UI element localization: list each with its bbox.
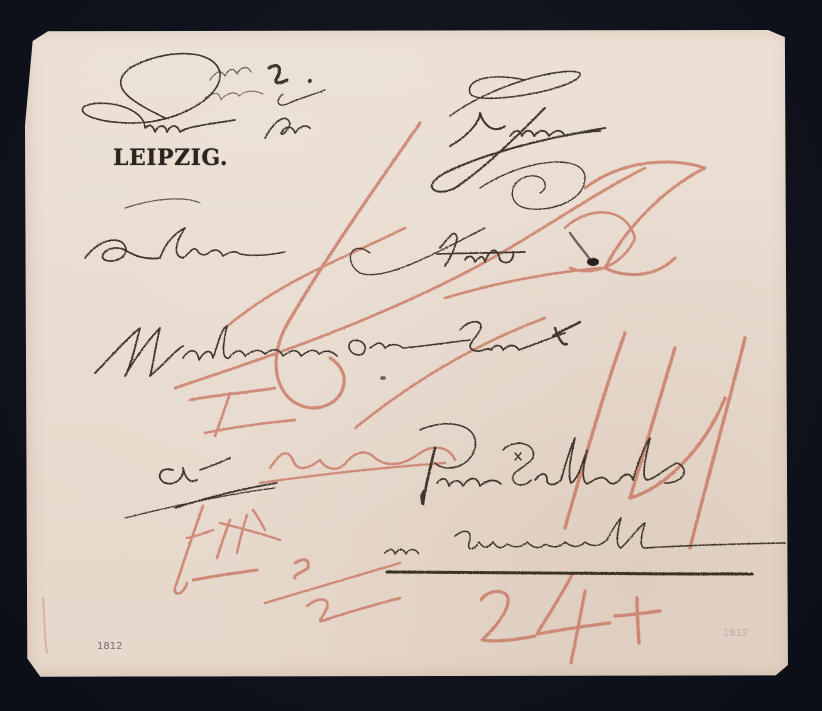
ink-markings xyxy=(25,28,791,678)
red-crayon-marks xyxy=(43,123,745,663)
leipzig-postmark: LEIPZIG. xyxy=(113,145,228,171)
faint-pencil-annotation: 1812 xyxy=(723,628,748,639)
pencil-year-annotation: 1812 xyxy=(97,641,122,652)
brown-ink-handwriting xyxy=(82,54,785,574)
postal-cover: LEIPZIG. 1812 1812 xyxy=(25,28,791,678)
